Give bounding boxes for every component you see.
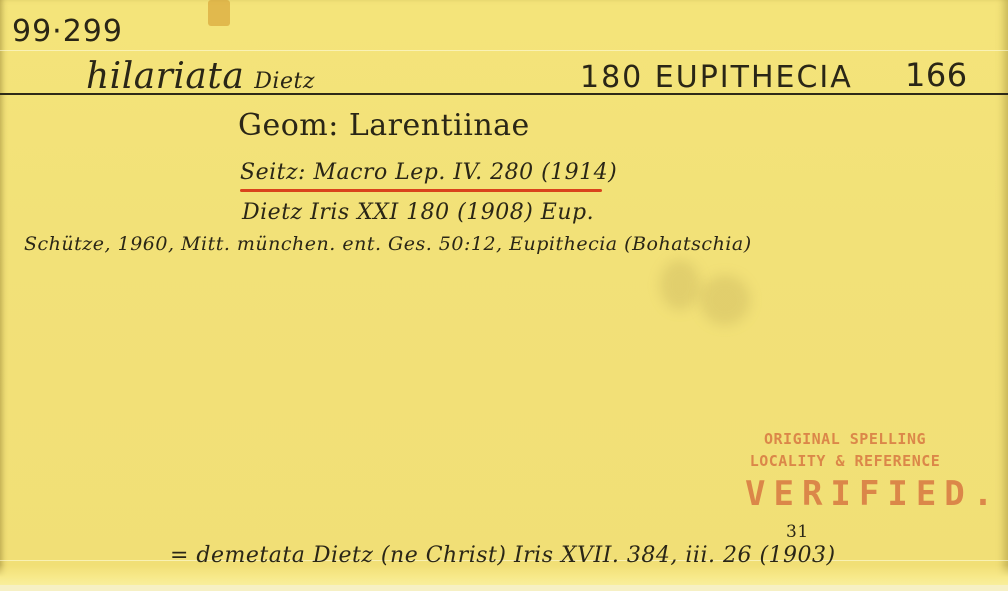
faint-rule — [0, 50, 1008, 51]
stamp-line-2: LOCALITY & REFERENCE — [745, 450, 945, 472]
stain — [660, 260, 700, 310]
reference-dietz: Dietz Iris XXI 180 (1908) Eup. — [242, 200, 594, 225]
reference-schutze: Schütze, 1960, Mitt. münchen. ent. Ges. … — [24, 233, 752, 255]
card-page-number: 166 — [905, 56, 968, 94]
genus-entry: 180 EUPITHECIA — [580, 60, 853, 95]
red-underline — [240, 189, 602, 192]
species-name: hilariataDietz — [86, 56, 315, 97]
reference-seitz: Seitz: Macro Lep. IV. 280 (1914) — [240, 160, 617, 185]
species-author: Dietz — [254, 69, 315, 94]
index-card: 99·299 hilariataDietz 180 EUPITHECIA 166… — [0, 0, 1008, 585]
stamp-line-1: ORIGINAL SPELLING — [745, 428, 945, 450]
catalog-number: 99·299 — [12, 14, 123, 49]
subfamily-label: Geom: Larentiinae — [238, 108, 530, 143]
tape-mark — [208, 0, 230, 26]
synonym-line: = demetata Dietz (ne Christ) Iris XVII. … — [170, 543, 836, 568]
stain — [700, 275, 750, 325]
synonym-correction: 31 — [786, 522, 809, 542]
verified-stamp: ORIGINAL SPELLING LOCALITY & REFERENCE V… — [745, 428, 945, 516]
species-epithet: hilariata — [86, 56, 244, 97]
stamp-line-3: VERIFIED. — [745, 472, 945, 516]
